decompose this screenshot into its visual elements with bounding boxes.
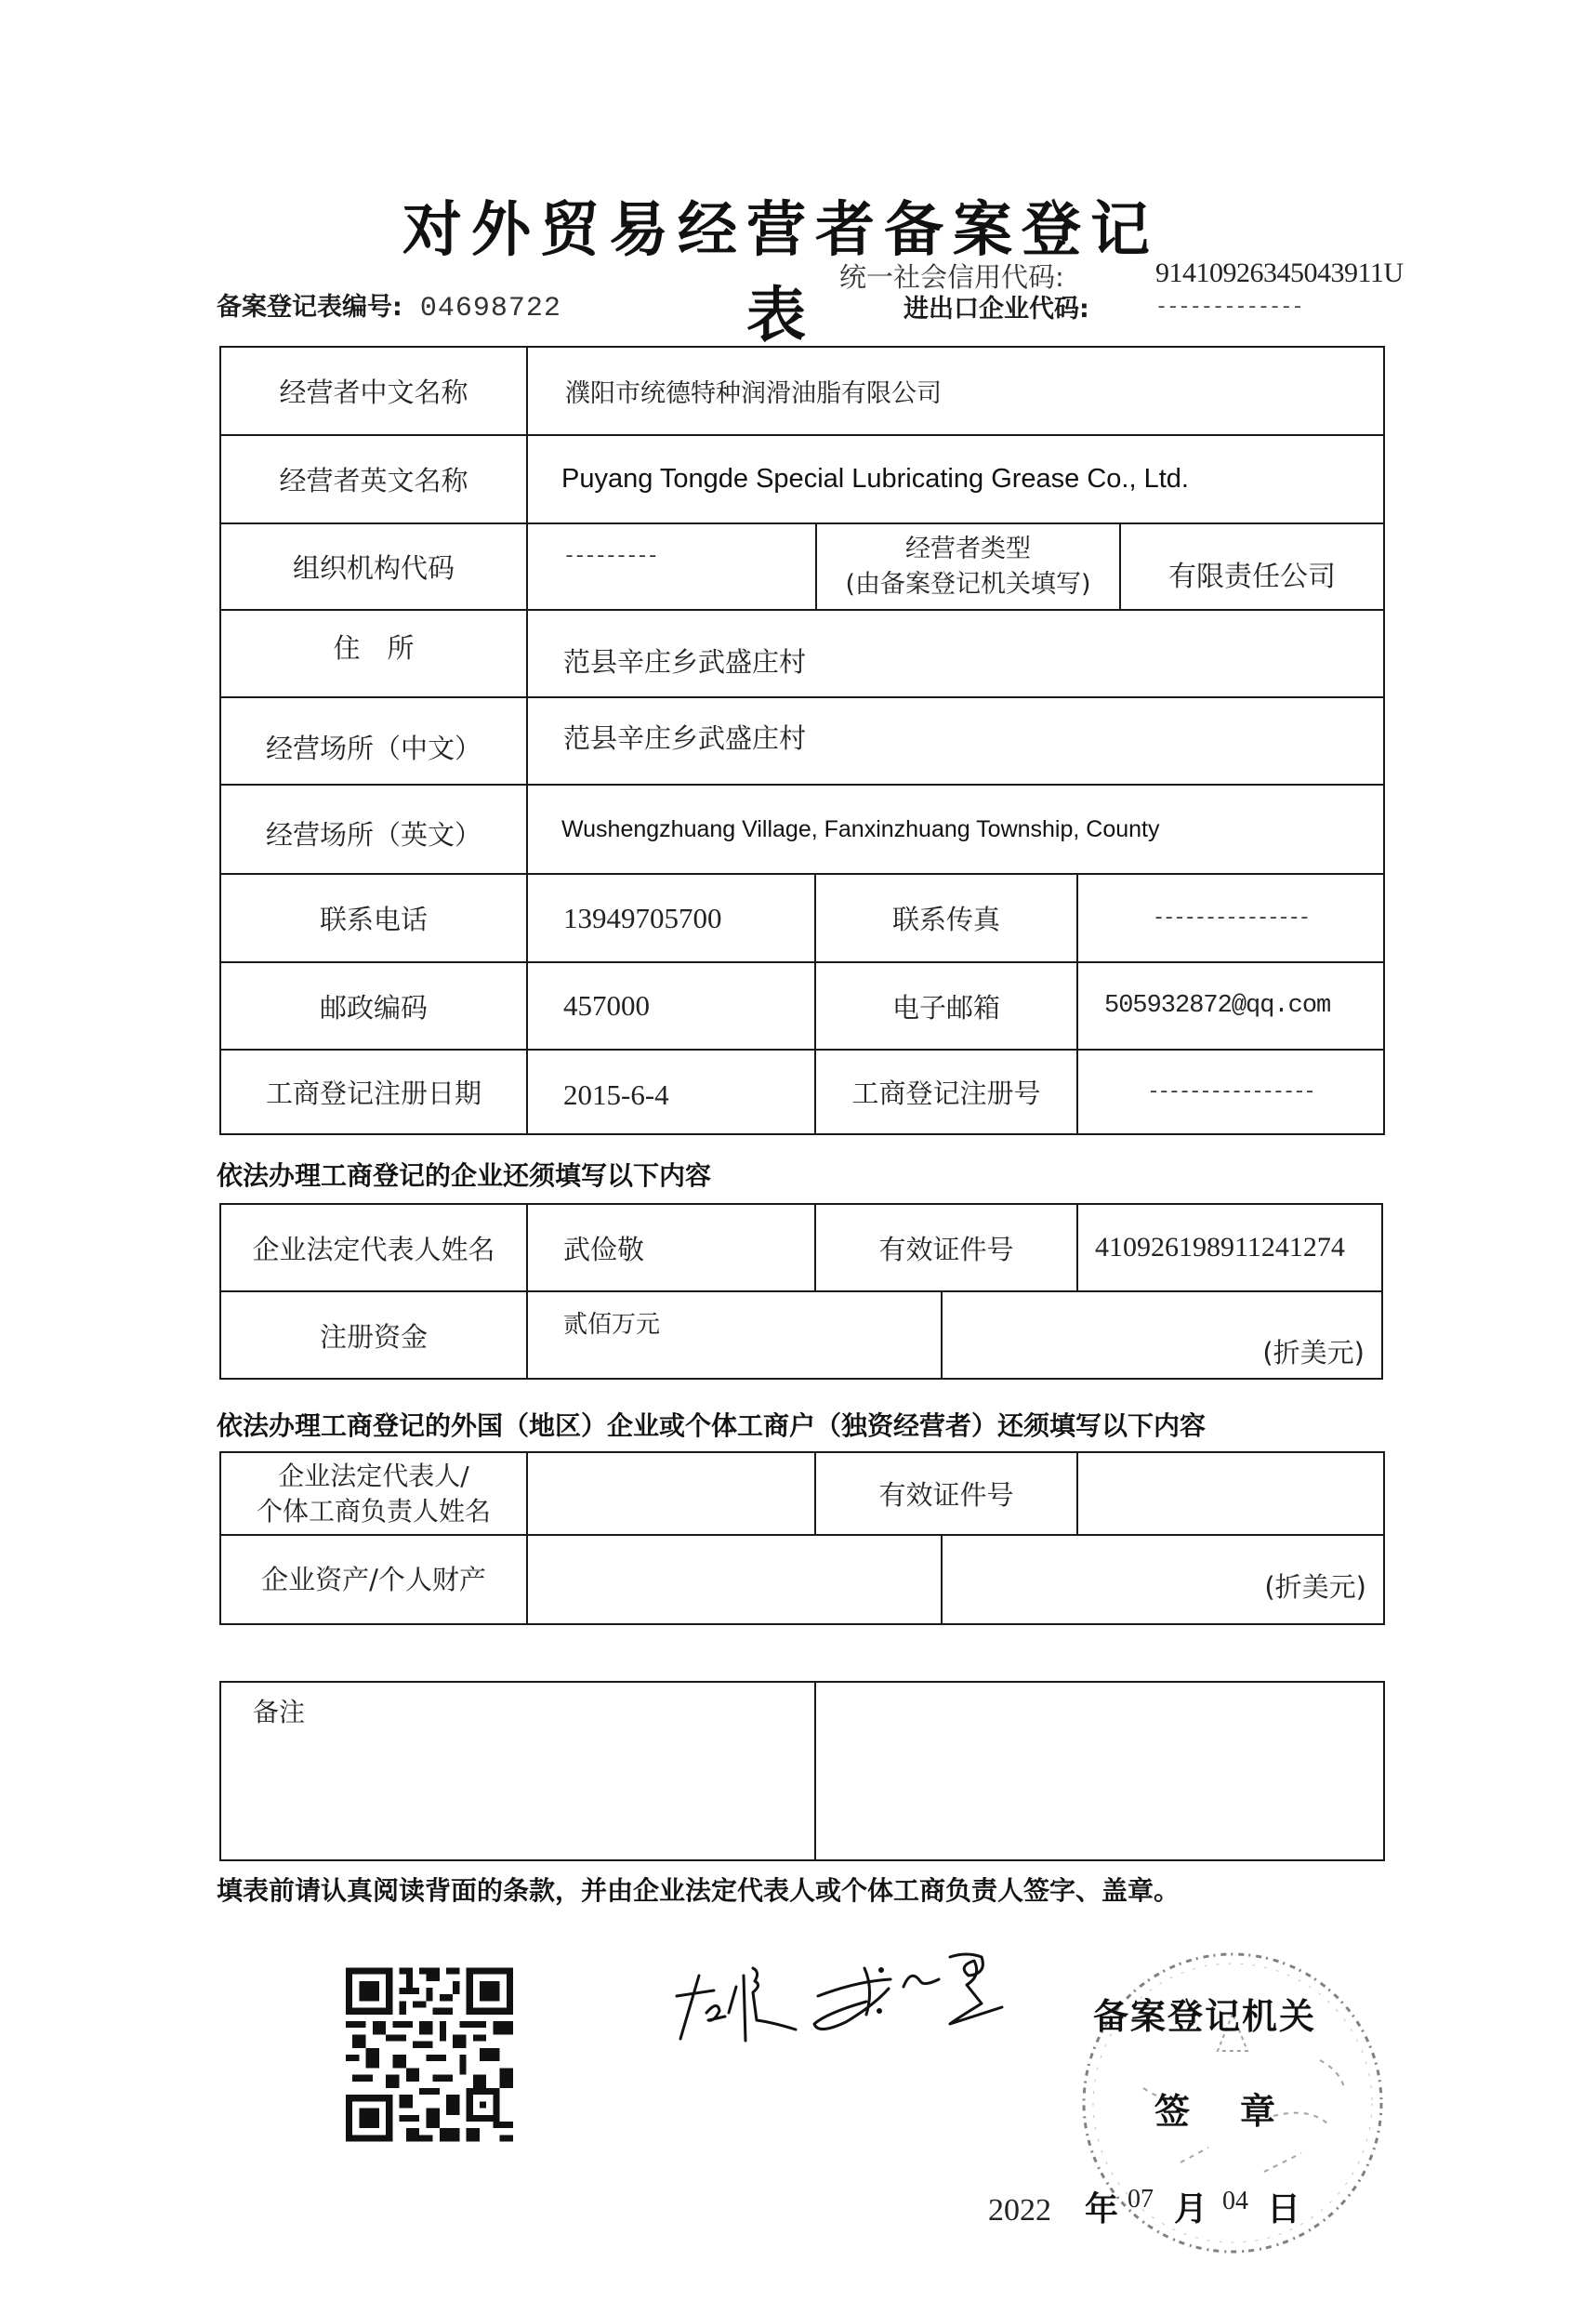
reg-date-value: 2015-6-4	[528, 1051, 814, 1133]
date-year: 2022	[988, 2193, 1051, 2228]
remarks-label: 备注	[253, 1692, 305, 1729]
premises-en-value: Wushengzhuang Village, Fanxinzhuang Town…	[528, 786, 1383, 873]
signature-date: 2022 年 07 月 04 日	[988, 2183, 1300, 2230]
seal-label: 签 章	[1154, 2083, 1283, 2134]
phone-text: 13949705700	[563, 902, 722, 935]
reg-no-label: 工商登记注册号	[816, 1051, 1076, 1133]
foreign-id-value	[1078, 1453, 1383, 1534]
authority-label: 备案登记机关	[1093, 1988, 1316, 2039]
cn-name-label: 经营者中文名称	[221, 348, 526, 434]
fax-value: ---------------	[1078, 875, 1383, 961]
en-name-label: 经营者英文名称	[221, 436, 526, 522]
record-number-field: 备案登记表编号: 04698722	[217, 286, 561, 324]
date-day: 04	[1222, 2187, 1248, 2216]
reg-date-label: 工商登记注册日期	[221, 1051, 526, 1133]
operator-type-value: 有限责任公司	[1121, 524, 1383, 609]
capital-value: 贰佰万元	[528, 1292, 941, 1378]
foreign-id-label: 有效证件号	[816, 1453, 1076, 1534]
org-code-label: 组织机构代码	[221, 524, 526, 609]
remarks-value	[818, 1685, 1379, 1858]
qr-code-icon	[346, 1967, 513, 2142]
date-year-unit: 年	[1085, 2183, 1118, 2230]
assets-value	[528, 1536, 941, 1623]
capital-usd-label: (折美元)	[943, 1292, 1381, 1378]
reg-no-value: ----------------	[1078, 1051, 1383, 1133]
phone-label: 联系电话	[221, 875, 526, 961]
foreign-rep-value	[528, 1453, 814, 1534]
domicile-label: 住 所	[221, 611, 526, 696]
en-name-value: Puyang Tongde Special Lubricating Grease…	[528, 436, 1383, 522]
assets-label: 企业资产/个人财产	[221, 1536, 526, 1623]
phone-value: 13949705700	[528, 875, 814, 961]
id-text: 410926198911241274	[1095, 1232, 1345, 1263]
foreign-rep-label-line1: 企业法定代表人/	[278, 1459, 468, 1494]
date-month: 07	[1128, 2185, 1154, 2215]
signature-icon	[660, 1948, 1013, 2059]
premises-en-text: Wushengzhuang Village, Fanxinzhuang Town…	[561, 816, 1160, 843]
email-text: 505932872@qq.com	[1104, 992, 1330, 1020]
domicile-value: 范县辛庄乡武盛庄村	[528, 611, 1383, 696]
capital-label: 注册资金	[221, 1292, 526, 1378]
operator-type-label: 经营者类型 (由备案登记机关填写)	[817, 524, 1119, 609]
premises-cn-value: 范县辛庄乡武盛庄村	[528, 698, 1383, 784]
legal-rep-value: 武俭敬	[528, 1205, 814, 1290]
foreign-rep-label: 企业法定代表人/ 个体工商负责人姓名	[221, 1453, 526, 1534]
reg-date-text: 2015-6-4	[563, 1078, 669, 1112]
postcode-label: 邮政编码	[221, 963, 526, 1049]
date-month-unit: 月	[1174, 2183, 1207, 2230]
en-name-text: Puyang Tongde Special Lubricating Grease…	[561, 464, 1189, 495]
record-number-label: 备案登记表编号:	[217, 293, 402, 322]
section-domestic-heading: 依法办理工商登记的企业还须填写以下内容	[217, 1156, 711, 1193]
id-label: 有效证件号	[816, 1205, 1076, 1290]
foreign-rep-label-line2: 个体工商负责人姓名	[257, 1494, 491, 1529]
ie-code-value: -------------	[1155, 296, 1303, 319]
record-number-value: 04698722	[420, 293, 561, 324]
credit-code-value: 91410926345043911U	[1155, 258, 1404, 289]
operator-type-label-line1: 经营者类型	[905, 532, 1031, 567]
assets-usd-label: (折美元)	[943, 1536, 1383, 1623]
org-code-text: ---------	[563, 545, 657, 568]
postcode-value: 457000	[528, 963, 814, 1049]
id-value: 410926198911241274	[1078, 1205, 1381, 1290]
email-label: 电子邮箱	[816, 963, 1076, 1049]
fill-in-notice: 填表前请认真阅读背面的条款，并由企业法定代表人或个体工商负责人签字、盖章。	[217, 1871, 1180, 1908]
email-value: 505932872@qq.com	[1078, 963, 1383, 1049]
fax-text: ---------------	[1153, 906, 1309, 930]
operator-type-label-line2: (由备案登记机关填写)	[845, 567, 1090, 602]
premises-en-label: 经营场所（英文）	[221, 786, 526, 873]
reg-no-text: ----------------	[1147, 1080, 1313, 1104]
fax-label: 联系传真	[816, 875, 1076, 961]
postcode-text: 457000	[563, 989, 650, 1023]
date-day-unit: 日	[1267, 2183, 1300, 2230]
legal-rep-label: 企业法定代表人姓名	[221, 1205, 526, 1290]
section-foreign-heading: 依法办理工商登记的外国（地区）企业或个体工商户（独资经营者）还须填写以下内容	[217, 1406, 1206, 1443]
org-code-value: ---------	[528, 524, 815, 609]
ie-code-label: 进出口企业代码:	[904, 288, 1089, 324]
cn-name-value: 濮阳市统德特种润滑油脂有限公司	[528, 348, 1383, 434]
premises-cn-label: 经营场所（中文）	[221, 698, 526, 784]
